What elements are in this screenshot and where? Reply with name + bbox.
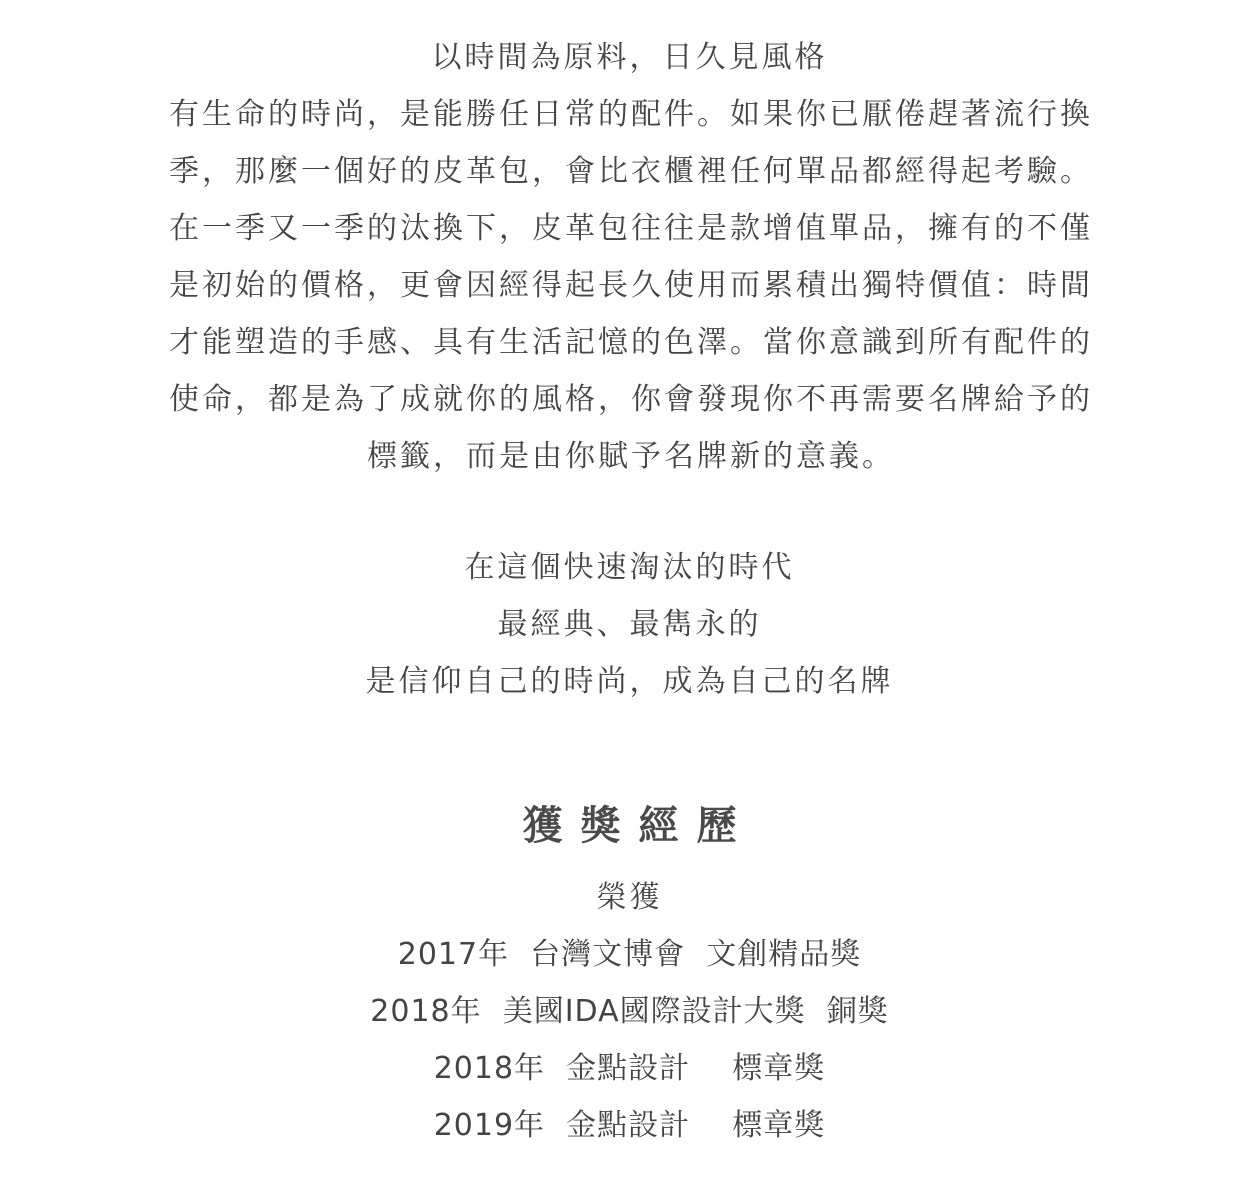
intro-section: 以時間為原料，日久見風格: [0, 29, 1259, 86]
story-paragraph: 有生命的時尚，是能勝任日常的配件。如果你已厭倦趕著流行換 季，那麼一個好的皮革包…: [167, 86, 1095, 485]
slogan-line: 在這個快速淘汰的時代: [0, 539, 1259, 596]
paragraph-line: 使命，都是為了成就你的風格，你會發現你不再需要名牌給予的: [167, 371, 1095, 428]
paragraph-line: 是初始的價格，更會因經得起長久使用而累積出獨特價值：時間: [167, 257, 1095, 314]
awards-title: 獲獎經歷: [0, 796, 1259, 856]
award-item: 2019年 金點設計 標章獎: [0, 1097, 1259, 1154]
award-item: 2018年 金點設計 標章獎: [0, 1040, 1259, 1097]
slogan-section: 在這個快速淘汰的時代 最經典、最雋永的 是信仰自己的時尚，成為自己的名牌: [0, 539, 1259, 710]
brand-story-page: 以時間為原料，日久見風格 有生命的時尚，是能勝任日常的配件。如果你已厭倦趕著流行…: [0, 0, 1259, 1200]
paragraph-line: 才能塑造的手感、具有生活記憶的色澤。當你意識到所有配件的: [167, 314, 1095, 371]
award-item: 2018年 美國IDA國際設計大獎 銅獎: [0, 983, 1259, 1040]
intro-heading: 以時間為原料，日久見風格: [0, 29, 1259, 86]
paragraph-line: 季，那麼一個好的皮革包，會比衣櫃裡任何單品都經得起考驗。: [167, 143, 1095, 200]
slogan-line: 是信仰自己的時尚，成為自己的名牌: [0, 653, 1259, 710]
awards-subtitle: 榮獲: [0, 869, 1259, 926]
awards-subtitle-section: 榮獲: [0, 869, 1259, 926]
paragraph-line: 有生命的時尚，是能勝任日常的配件。如果你已厭倦趕著流行換: [167, 86, 1095, 143]
award-item: 2017年 台灣文博會 文創精品獎: [0, 926, 1259, 983]
awards-list: 2017年 台灣文博會 文創精品獎 2018年 美國IDA國際設計大獎 銅獎 2…: [0, 926, 1259, 1154]
paragraph-line: 標籤，而是由你賦予名牌新的意義。: [167, 428, 1095, 485]
paragraph-line: 在一季又一季的汰換下，皮革包往往是款增值單品，擁有的不僅: [167, 200, 1095, 257]
slogan-line: 最經典、最雋永的: [0, 596, 1259, 653]
